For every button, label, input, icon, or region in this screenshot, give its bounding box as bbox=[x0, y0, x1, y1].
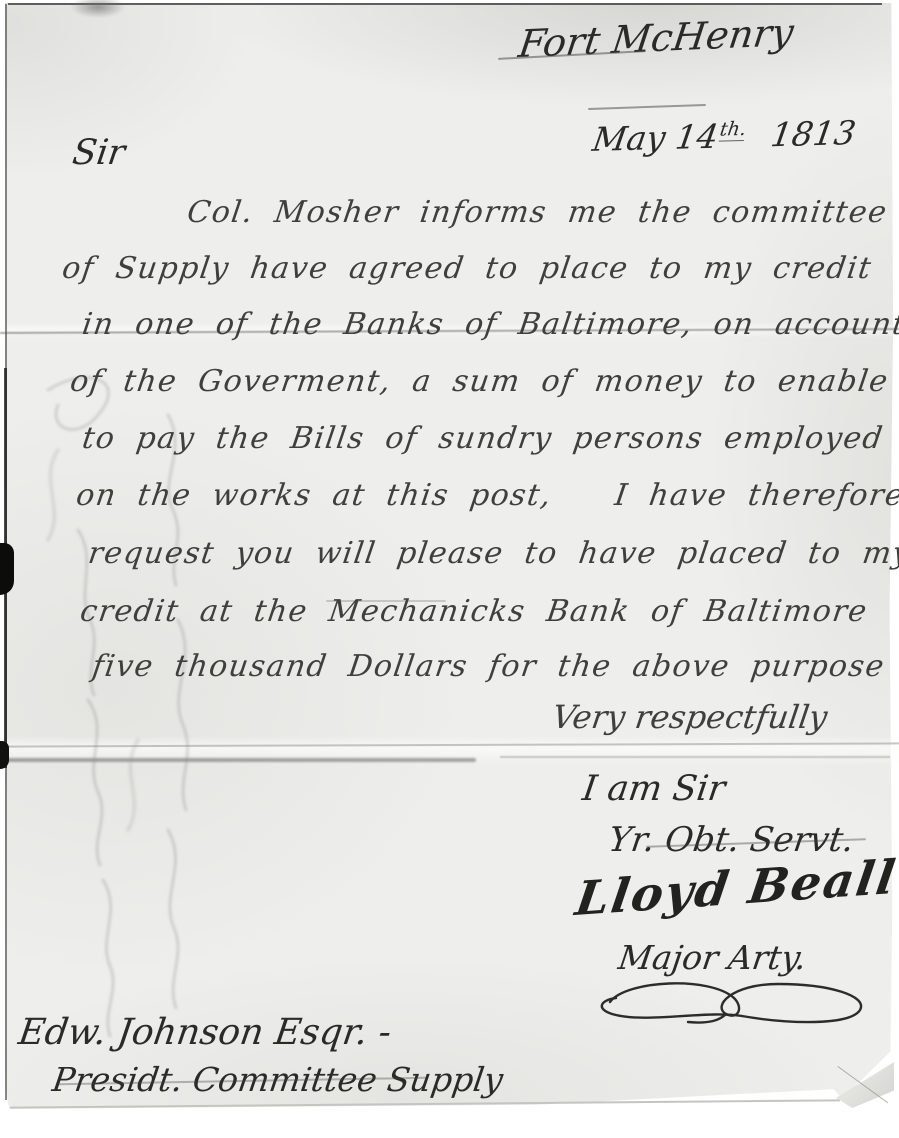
body-line: of the Goverment, a sum of money to enab… bbox=[68, 364, 899, 399]
body-line: to pay the Bills of sundry persons emplo… bbox=[80, 421, 886, 456]
fold-crease-line bbox=[500, 756, 890, 758]
body-line: credit at the Mechanicks Bank of Baltimo… bbox=[78, 594, 870, 629]
body-line: five thousand Dollars for the above purp… bbox=[90, 649, 887, 684]
scanned-letter-page: Fort McHenry May 14th.1813 Sir Col. Mosh… bbox=[0, 0, 899, 1138]
scan-edge-top bbox=[8, 3, 882, 5]
date-year: 1813 bbox=[768, 113, 858, 154]
heading-date: May 14th.1813 bbox=[542, 74, 864, 199]
body-line: on the works at this post, I have theref… bbox=[74, 478, 899, 513]
salutation: Sir bbox=[70, 133, 128, 173]
date-ordinal: th. bbox=[718, 118, 747, 142]
scan-edge-notch bbox=[0, 543, 14, 595]
body-line: request you will please to have placed t… bbox=[86, 536, 899, 571]
pen-stroke bbox=[326, 600, 446, 602]
bleedthrough-writing bbox=[18, 360, 238, 1060]
signature-flourish bbox=[592, 972, 878, 1032]
body-line: in one of the Banks of Baltimore, on acc… bbox=[80, 307, 899, 342]
closing-line: I am Sir bbox=[580, 769, 728, 809]
closing-line: Very respectfully bbox=[550, 698, 830, 736]
address-line: Edw. Johnson Esqr. - bbox=[16, 1012, 394, 1053]
date-day: May 14 bbox=[590, 117, 721, 159]
body-line: of Supply have agreed to place to my cre… bbox=[60, 251, 874, 286]
body-line: Col. Mosher informs me the committee bbox=[185, 195, 890, 230]
